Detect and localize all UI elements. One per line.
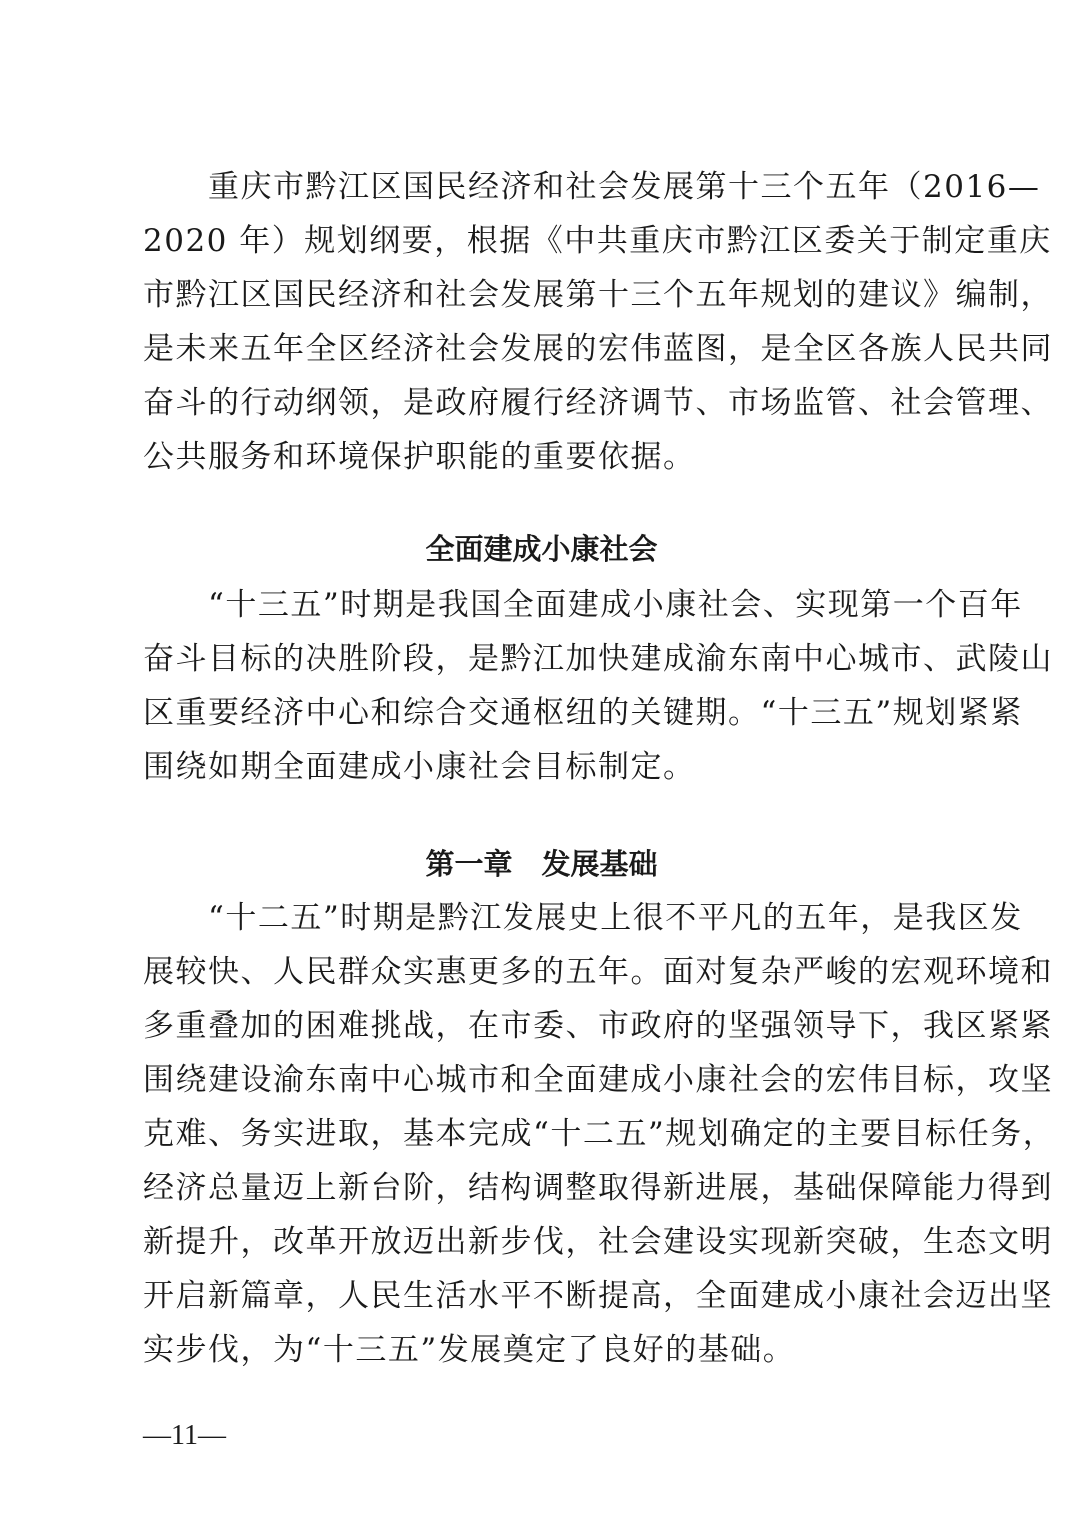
text-line: 奋斗目标的决胜阶段，是黔江加快建成渝东南中心城市、武陵山 bbox=[143, 632, 940, 686]
text-line: 是未来五年全区经济社会发展的宏伟蓝图，是全区各族人民共同 bbox=[143, 322, 940, 376]
text-line: 围绕如期全面建成小康社会目标制定。 bbox=[143, 740, 696, 794]
text-line: 展较快、人民群众实惠更多的五年。面对复杂严峻的宏观环境和 bbox=[143, 945, 940, 999]
section-heading: 全面建成小康社会 bbox=[143, 522, 940, 576]
text-line: 奋斗的行动纲领，是政府履行经济调节、市场监管、社会管理、 bbox=[143, 376, 940, 430]
text-line: 重庆市黔江区国民经济和社会发展第十三个五年（2016— bbox=[143, 160, 940, 214]
text-line: 区重要经济中心和综合交通枢纽的关键期。“十三五”规划紧紧 bbox=[143, 686, 940, 740]
text-line: 2020 年）规划纲要，根据《中共重庆市黔江区委关于制定重庆 bbox=[143, 214, 940, 268]
chapter-heading: 第一章 发展基础 bbox=[143, 837, 940, 891]
text-line: “十二五”时期是黔江发展史上很不平凡的五年，是我区发 bbox=[143, 891, 940, 945]
text-line: “十三五”时期是我国全面建成小康社会、实现第一个百年 bbox=[143, 578, 940, 632]
text-line: 经济总量迈上新台阶，结构调整取得新进展，基础保障能力得到 bbox=[143, 1161, 940, 1215]
text-line: 市黔江区国民经济和社会发展第十三个五年规划的建议》编制， bbox=[143, 268, 940, 322]
text-line: 公共服务和环境保护职能的重要依据。 bbox=[143, 430, 696, 484]
text-line: 新提升，改革开放迈出新步伐，社会建设实现新突破，生态文明 bbox=[143, 1215, 940, 1269]
text-line: 实步伐，为“十三五”发展奠定了良好的基础。 bbox=[143, 1323, 795, 1377]
text-line: 开启新篇章，人民生活水平不断提高，全面建成小康社会迈出坚 bbox=[143, 1269, 940, 1323]
text-line: 克难、务实进取，基本完成“十二五”规划确定的主要目标任务， bbox=[143, 1107, 940, 1161]
page-number: —11— bbox=[143, 1416, 226, 1456]
text-line: 多重叠加的困难挑战，在市委、市政府的坚强领导下，我区紧紧 bbox=[143, 999, 940, 1053]
text-line: 围绕建设渝东南中心城市和全面建成小康社会的宏伟目标，攻坚 bbox=[143, 1053, 940, 1107]
